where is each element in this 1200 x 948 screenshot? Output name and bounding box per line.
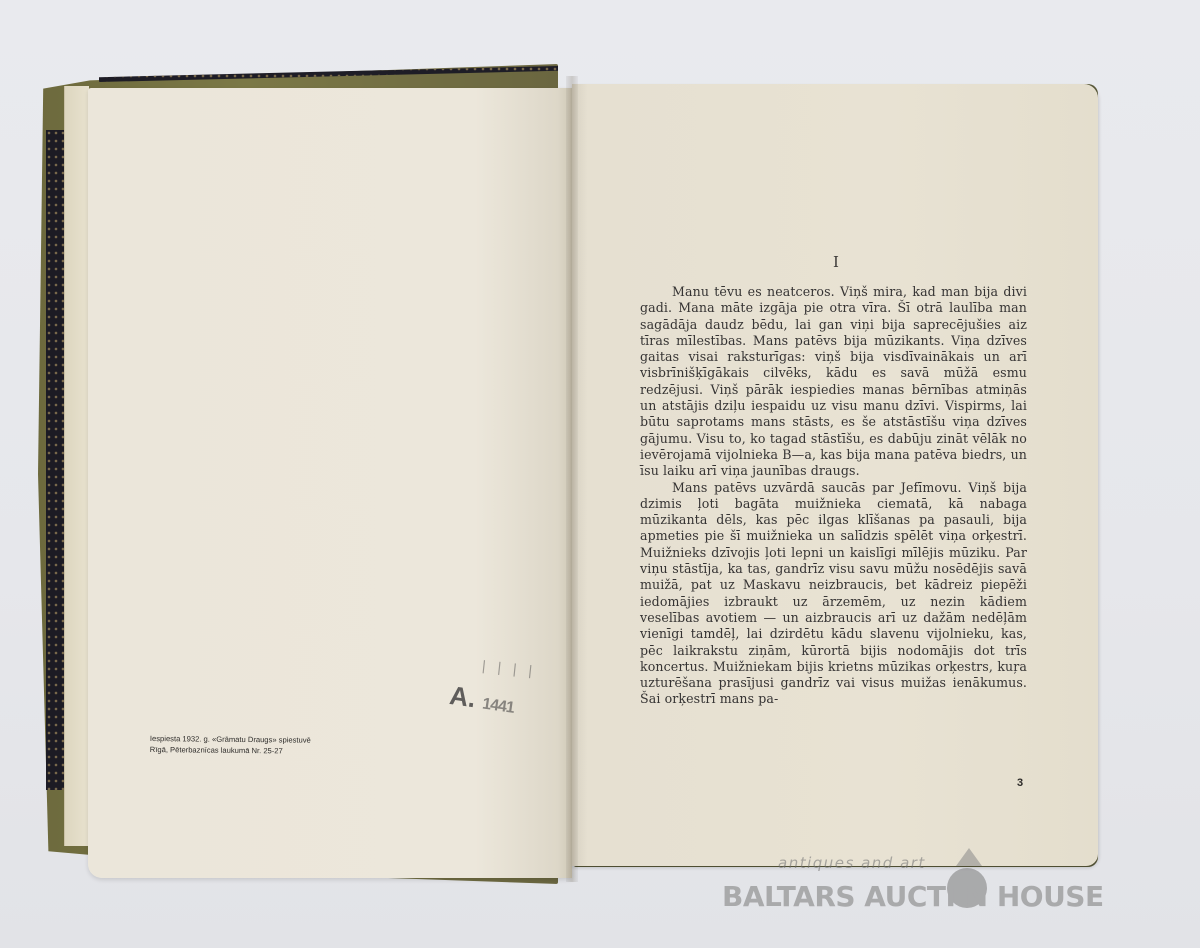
auction-house-watermark: antiques and art BALTARS AUCTI N HOUSE xyxy=(722,854,1122,924)
book-spine-pattern xyxy=(46,130,64,790)
watermark-tagline: antiques and art xyxy=(778,854,926,872)
left-page xyxy=(88,88,572,878)
stamp-letter: A. xyxy=(448,680,478,713)
chapter-numeral: I xyxy=(833,253,839,271)
page-number: 3 xyxy=(1017,777,1023,789)
printer-imprint: Iespiesta 1932. g. «Grāmatu Draugs» spie… xyxy=(150,733,311,757)
paragraph: Manu tēvu es neatceros. Viņš mira, kad m… xyxy=(640,284,1027,480)
crown-icon xyxy=(956,848,982,866)
imprint-line: Rīgā, Pēterbaznīcas laukumā Nr. 25-27 xyxy=(150,744,311,757)
paragraph: Mans patēvs uzvārdā saucās par Jefīmovu.… xyxy=(640,480,1027,708)
stamp-code: 1441 xyxy=(481,696,515,717)
endpaper xyxy=(64,86,89,846)
watermark-name: BALTARS AUCTI N HOUSE xyxy=(722,880,1104,913)
chapter-body-text: Manu tēvu es neatceros. Viņš mira, kad m… xyxy=(640,284,1027,708)
book-gutter xyxy=(566,76,578,882)
